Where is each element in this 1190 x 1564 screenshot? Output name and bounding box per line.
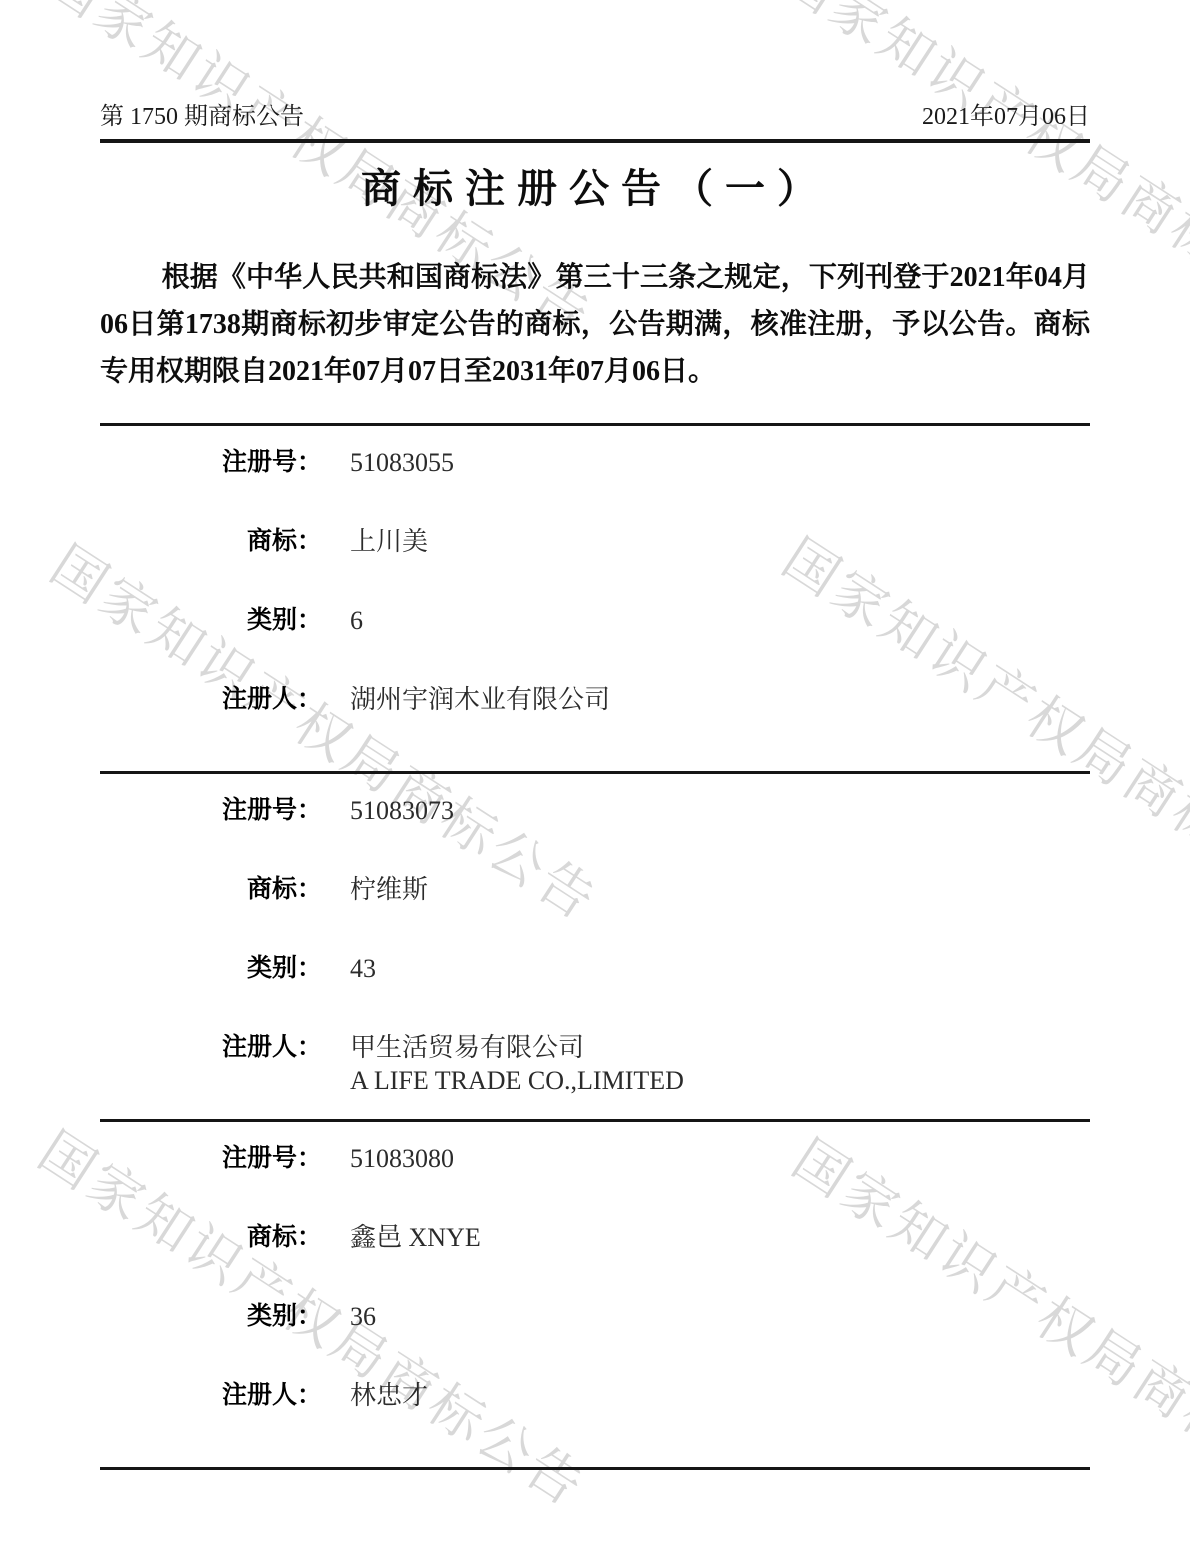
record-divider	[100, 1467, 1090, 1470]
registrant-row: 注册人： 林忠才	[100, 1380, 1090, 1412]
reg-no-value: 51083055	[350, 447, 454, 479]
registrant-value: 林忠才	[350, 1380, 428, 1412]
reg-no-row: 注册号： 51083073	[100, 795, 1090, 827]
reg-no-row: 注册号： 51083055	[100, 447, 1090, 479]
reg-no-label: 注册号：	[100, 1143, 322, 1175]
category-value: 43	[350, 953, 376, 985]
registrant-value: 湖州宇润木业有限公司	[350, 684, 610, 716]
registrant-name-cn: 甲生活贸易有限公司	[350, 1032, 684, 1064]
intro-paragraph: 根据《中华人民共和国商标法》第三十三条之规定，下列刊登于2021年04月06日第…	[100, 254, 1090, 395]
registrant-row: 注册人： 湖州宇润木业有限公司	[100, 684, 1090, 716]
registrant-label: 注册人：	[100, 684, 322, 716]
reg-no-label: 注册号：	[100, 447, 322, 479]
trademark-record: 注册号： 51083073 商标： 柠维斯 类别： 43 注册人： 甲生活贸易有…	[100, 774, 1090, 1097]
registrant-label: 注册人：	[100, 1032, 322, 1064]
records-section: 注册号： 51083055 商标： 上川美 类别： 6 注册人： 湖州宇润木业有…	[100, 423, 1090, 1470]
trademark-label: 商标：	[100, 874, 322, 906]
category-value: 36	[350, 1301, 376, 1333]
category-label: 类别：	[100, 953, 322, 985]
reg-no-label: 注册号：	[100, 795, 322, 827]
registrant-value: 甲生活贸易有限公司 A LIFE TRADE CO.,LIMITED	[350, 1032, 684, 1097]
gazette-page: 第 1750 期商标公告 2021年07月06日 商标注册公告（一） 根据《中华…	[0, 0, 1190, 1470]
trademark-row: 商标： 鑫邑 XNYE	[100, 1222, 1090, 1254]
header-rule	[100, 139, 1090, 143]
trademark-row: 商标： 柠维斯	[100, 874, 1090, 906]
header-issue: 第 1750 期商标公告	[100, 96, 304, 131]
trademark-record: 注册号： 51083080 商标： 鑫邑 XNYE 类别： 36 注册人： 林忠…	[100, 1122, 1090, 1412]
reg-no-value: 51083073	[350, 795, 454, 827]
category-value: 6	[350, 605, 363, 637]
trademark-value: 柠维斯	[350, 874, 428, 906]
page-header: 第 1750 期商标公告 2021年07月06日	[100, 96, 1090, 131]
reg-no-value: 51083080	[350, 1143, 454, 1175]
category-row: 类别： 6	[100, 605, 1090, 637]
category-label: 类别：	[100, 605, 322, 637]
trademark-value: 上川美	[350, 526, 428, 558]
reg-no-row: 注册号： 51083080	[100, 1143, 1090, 1175]
category-row: 类别： 43	[100, 953, 1090, 985]
category-row: 类别： 36	[100, 1301, 1090, 1333]
trademark-label: 商标：	[100, 526, 322, 558]
registrant-name-en: A LIFE TRADE CO.,LIMITED	[350, 1064, 684, 1097]
trademark-row: 商标： 上川美	[100, 526, 1090, 558]
trademark-label: 商标：	[100, 1222, 322, 1254]
category-label: 类别：	[100, 1301, 322, 1333]
registrant-row: 注册人： 甲生活贸易有限公司 A LIFE TRADE CO.,LIMITED	[100, 1032, 1090, 1097]
trademark-record: 注册号： 51083055 商标： 上川美 类别： 6 注册人： 湖州宇润木业有…	[100, 426, 1090, 716]
registrant-label: 注册人：	[100, 1380, 322, 1412]
header-date: 2021年07月06日	[922, 96, 1090, 131]
page-title: 商标注册公告（一）	[100, 157, 1090, 214]
trademark-value: 鑫邑 XNYE	[350, 1222, 481, 1254]
